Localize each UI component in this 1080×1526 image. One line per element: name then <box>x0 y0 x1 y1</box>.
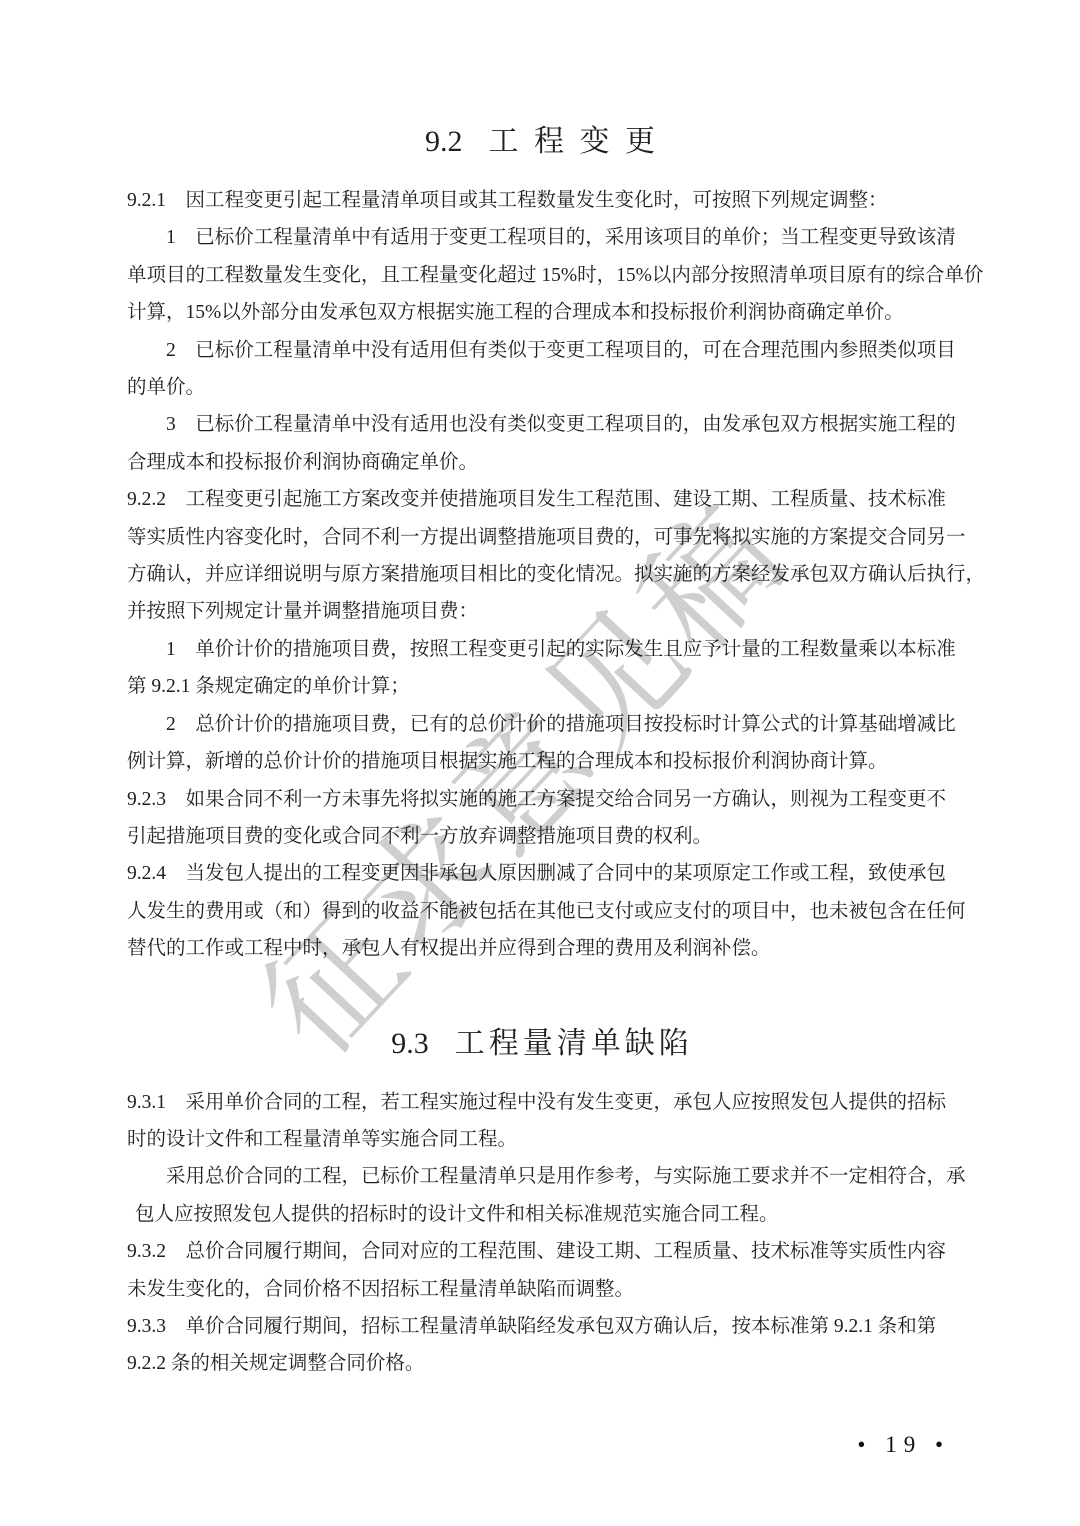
text-line: 9.3.1 采用单价合同的工程，若工程实施过程中没有发生变更，承包人应按照发包人… <box>127 1084 957 1121</box>
section-title: 工 程 变 更 <box>489 125 660 158</box>
text-line: 2 已标价工程量清单中没有适用但有类似于变更工程项目的，可在合理范围内参照类似项… <box>127 332 957 369</box>
text-line: 未发生变化的，合同价格不因招标工程量清单缺陷而调整。 <box>127 1271 957 1308</box>
section-9-3-heading: 9.3工程量清单缺陷 <box>127 1020 957 1068</box>
text-line: 1 单价计价的措施项目费，按照工程变更引起的实际发生且应予计量的工程数量乘以本标… <box>127 631 957 668</box>
text-line: 9.2.4 当发包人提出的工程变更因非承包人原因删减了合同中的某项原定工作或工程… <box>127 855 957 892</box>
section-9-2-heading: 9.2工 程 变 更 <box>127 118 957 166</box>
section-title: 工程量清单缺陷 <box>455 1027 693 1060</box>
text-line: 等实质性内容变化时，合同不利一方提出调整措施项目费的，可事先将拟实施的方案提交合… <box>127 519 957 556</box>
section-number: 9.2 <box>425 125 463 158</box>
section-9-2: 9.2工 程 变 更 9.2.1 因工程变更引起工程量清单项目或其工程数量发生变… <box>127 118 957 968</box>
section-number: 9.3 <box>391 1027 429 1060</box>
text-line: 9.2.2 工程变更引起施工方案改变并使措施项目发生工程范围、建设工期、工程质量… <box>127 481 957 518</box>
text-line: 方确认，并应详细说明与原方案措施项目相比的变化情况。拟实施的方案经发承包双方确认… <box>127 556 957 593</box>
text-line: 的单价。 <box>127 369 957 406</box>
text-line: 时的设计文件和工程量清单等实施合同工程。 <box>127 1121 957 1158</box>
text-line: 2 总价计价的措施项目费，已有的总价计价的措施项目按投标时计算公式的计算基础增减… <box>127 706 957 743</box>
text-line: 9.3.3 单价合同履行期间，招标工程量清单缺陷经发承包双方确认后，按本标准第 … <box>127 1308 957 1345</box>
text-line: 9.3.2 总价合同履行期间，合同对应的工程范围、建设工期、工程质量、技术标准等… <box>127 1233 957 1270</box>
document-page: 征求意见稿 9.2工 程 变 更 9.2.1 因工程变更引起工程量清单项目或其工… <box>0 0 1080 1526</box>
page-content: 9.2工 程 变 更 9.2.1 因工程变更引起工程量清单项目或其工程数量发生变… <box>127 118 957 1383</box>
text-line: 例计算，新增的总价计价的措施项目根据实施工程的合理成本和投标报价利润协商计算。 <box>127 743 957 780</box>
text-line: 第 9.2.1 条规定确定的单价计算； <box>127 668 957 705</box>
text-line: 单项目的工程数量发生变化，且工程量变化超过 15%时，15%以内部分按照清单项目… <box>127 257 957 294</box>
text-line: 人发生的费用或（和）得到的收益不能被包括在其他已支付或应支付的项目中，也未被包含… <box>127 893 957 930</box>
text-line: 9.2.3 如果合同不利一方未事先将拟实施的施工方案提交给合同另一方确认，则视为… <box>127 781 957 818</box>
text-line: 计算，15%以外部分由发承包双方根据实施工程的合理成本和投标报价利润协商确定单价… <box>127 294 957 331</box>
text-line: 1 已标价工程量清单中有适用于变更工程项目的，采用该项目的单价；当工程变更导致该… <box>127 219 957 256</box>
text-line: 包人应按照发包人提供的招标时的设计文件和相关标准规范实施合同工程。 <box>127 1196 957 1233</box>
section-9-3: 9.3工程量清单缺陷 9.3.1 采用单价合同的工程，若工程实施过程中没有发生变… <box>127 1020 957 1383</box>
text-line: 9.2.1 因工程变更引起工程量清单项目或其工程数量发生变化时，可按照下列规定调… <box>127 182 957 219</box>
text-line: 并按照下列规定计量并调整措施项目费： <box>127 593 957 630</box>
section-9-2-body: 9.2.1 因工程变更引起工程量清单项目或其工程数量发生变化时，可按照下列规定调… <box>127 182 957 968</box>
text-line: 引起措施项目费的变化或合同不利一方放弃调整措施项目费的权利。 <box>127 818 957 855</box>
text-line: 3 已标价工程量清单中没有适用也没有类似变更工程项目的，由发承包双方根据实施工程… <box>127 406 957 443</box>
text-line: 采用总价合同的工程，已标价工程量清单只是用作参考，与实际施工要求并不一定相符合，… <box>127 1158 957 1195</box>
page-number: • 19 • <box>857 1432 950 1458</box>
text-line: 合理成本和投标报价利润协商确定单价。 <box>127 444 957 481</box>
text-line: 替代的工作或工程中时，承包人有权提出并应得到合理的费用及利润补偿。 <box>127 930 957 967</box>
text-line: 9.2.2 条的相关规定调整合同价格。 <box>127 1345 957 1382</box>
section-9-3-body: 9.3.1 采用单价合同的工程，若工程实施过程中没有发生变更，承包人应按照发包人… <box>127 1084 957 1383</box>
